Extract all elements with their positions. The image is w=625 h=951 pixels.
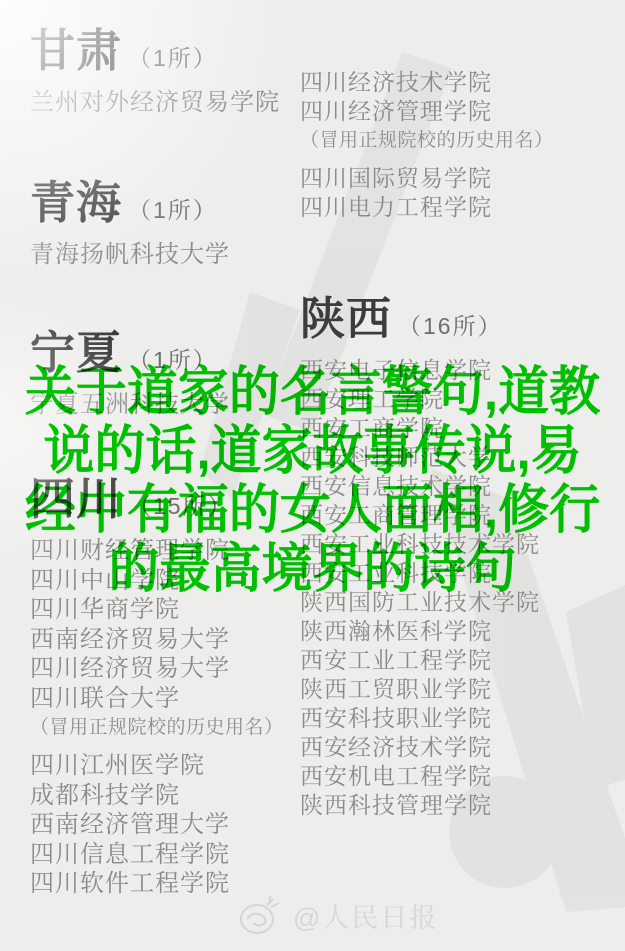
university-name: 宁夏五洲科技大学: [30, 390, 298, 420]
province-count: （1所）: [128, 40, 218, 73]
university-name: 四川华商学院: [30, 595, 298, 625]
province-name: 青海: [30, 166, 122, 231]
province-name: 宁夏: [30, 316, 122, 381]
province-count: （1所）: [128, 342, 218, 375]
university-name: 陕西科技管理学院: [300, 791, 625, 820]
university-name: 四川联合大学: [30, 684, 298, 714]
university-name: 四川经济贸易大学: [30, 654, 298, 684]
university-name: 四川国际贸易学院: [300, 164, 625, 193]
university-name: 陕西工贸职业学院: [300, 675, 625, 704]
university-name: 兰州对外经济贸易学院: [30, 88, 298, 118]
province-section: 青海（1所）青海扬帆科技大学: [30, 166, 298, 270]
university-name: 西安工业科技学院: [300, 559, 625, 588]
column-left: 甘肃（1所）兰州对外经济贸易学院青海（1所）青海扬帆科技大学宁夏（1所）宁夏五洲…: [30, 0, 298, 951]
university-list: 四川经济技术学院四川经济管理学院（冒用正规院校的历史用名）四川国际贸易学院四川电…: [300, 68, 625, 222]
province-header: 青海（1所）: [30, 166, 298, 231]
university-name: 四川江州医学院: [30, 751, 298, 781]
university-name: 四川信息工程学院: [30, 840, 298, 870]
university-name: 西安工业工程学院: [300, 646, 625, 675]
university-name: 西南经济贸易大学: [30, 625, 298, 655]
university-name: 西安信息技术学院: [300, 472, 625, 501]
university-name: 西安机电工程学院: [300, 762, 625, 791]
column-right: 四川经济技术学院四川经济管理学院（冒用正规院校的历史用名）四川国际贸易学院四川电…: [300, 0, 625, 951]
university-name: 西安电子信息学院: [300, 356, 625, 385]
province-section: 宁夏（1所）宁夏五洲科技大学: [30, 316, 298, 420]
province-section: 甘肃（1所）兰州对外经济贸易学院: [30, 14, 298, 118]
university-name: 西安科技职业学院: [300, 704, 625, 733]
province-name: 甘肃: [30, 14, 122, 79]
university-list: 兰州对外经济贸易学院: [30, 88, 298, 118]
university-name: 青海扬帆科技大学: [30, 240, 298, 270]
university-list: 西安电子信息学院西安理工学院西安工商学院西安科技师范大学西安信息技术学院西安工商…: [300, 356, 625, 820]
province-header: 宁夏（1所）: [30, 316, 298, 381]
university-name: 四川电力工程学院: [300, 193, 625, 222]
province-count: （15所）: [128, 488, 233, 521]
university-name: 四川经济技术学院: [300, 68, 625, 97]
province-header: 甘肃（1所）: [30, 14, 298, 79]
university-name: 西安工商管理学院: [300, 501, 625, 530]
university-list: 四川财经管理学院四川中山学院四川华商学院西南经济贸易大学四川经济贸易大学四川联合…: [30, 536, 298, 899]
university-name: 陕西瀚林医科学院: [300, 617, 625, 646]
province-section: 陕西（16所）西安电子信息学院西安理工学院西安工商学院西安科技师范大学西安信息技…: [300, 282, 625, 820]
university-name: 西安工商学院: [300, 414, 625, 443]
province-name: 四川: [30, 462, 122, 527]
province-section: 四川（15所）四川财经管理学院四川中山学院四川华商学院西南经济贸易大学四川经济贸…: [30, 462, 298, 899]
university-name: 西安理工学院: [300, 385, 625, 414]
province-count: （1所）: [128, 192, 218, 225]
university-name: 四川经济管理学院: [300, 97, 625, 126]
province-count: （16所）: [398, 308, 503, 341]
province-header: 四川（15所）: [30, 462, 298, 527]
infographic-canvas: 甘肃（1所）兰州对外经济贸易学院青海（1所）青海扬帆科技大学宁夏（1所）宁夏五洲…: [0, 0, 625, 951]
university-name: 陕西国防工业技术学院: [300, 588, 625, 617]
university-list: 青海扬帆科技大学: [30, 240, 298, 270]
credit-text: @人民日报: [293, 896, 438, 935]
university-name: 西安工业科技技术学院: [300, 530, 625, 559]
university-name: 四川财经管理学院: [30, 536, 298, 566]
credit-watermark: @人民日报: [233, 893, 438, 937]
university-name: 四川中山学院: [30, 566, 298, 596]
history-name-note: （冒用正规院校的历史用名）: [30, 715, 298, 740]
university-name: 成都科技学院: [30, 781, 298, 811]
university-name: 西安经济技术学院: [300, 733, 625, 762]
university-list: 宁夏五洲科技大学: [30, 390, 298, 420]
peoples-daily-seal-icon: [233, 893, 285, 937]
university-name: 西安科技师范大学: [300, 443, 625, 472]
history-name-note: （冒用正规院校的历史用名）: [300, 128, 625, 153]
province-header: 陕西（16所）: [300, 282, 625, 347]
university-name: 西南经济管理大学: [30, 810, 298, 840]
province-name: 陕西: [300, 282, 392, 347]
province-section: 四川经济技术学院四川经济管理学院（冒用正规院校的历史用名）四川国际贸易学院四川电…: [300, 68, 625, 222]
